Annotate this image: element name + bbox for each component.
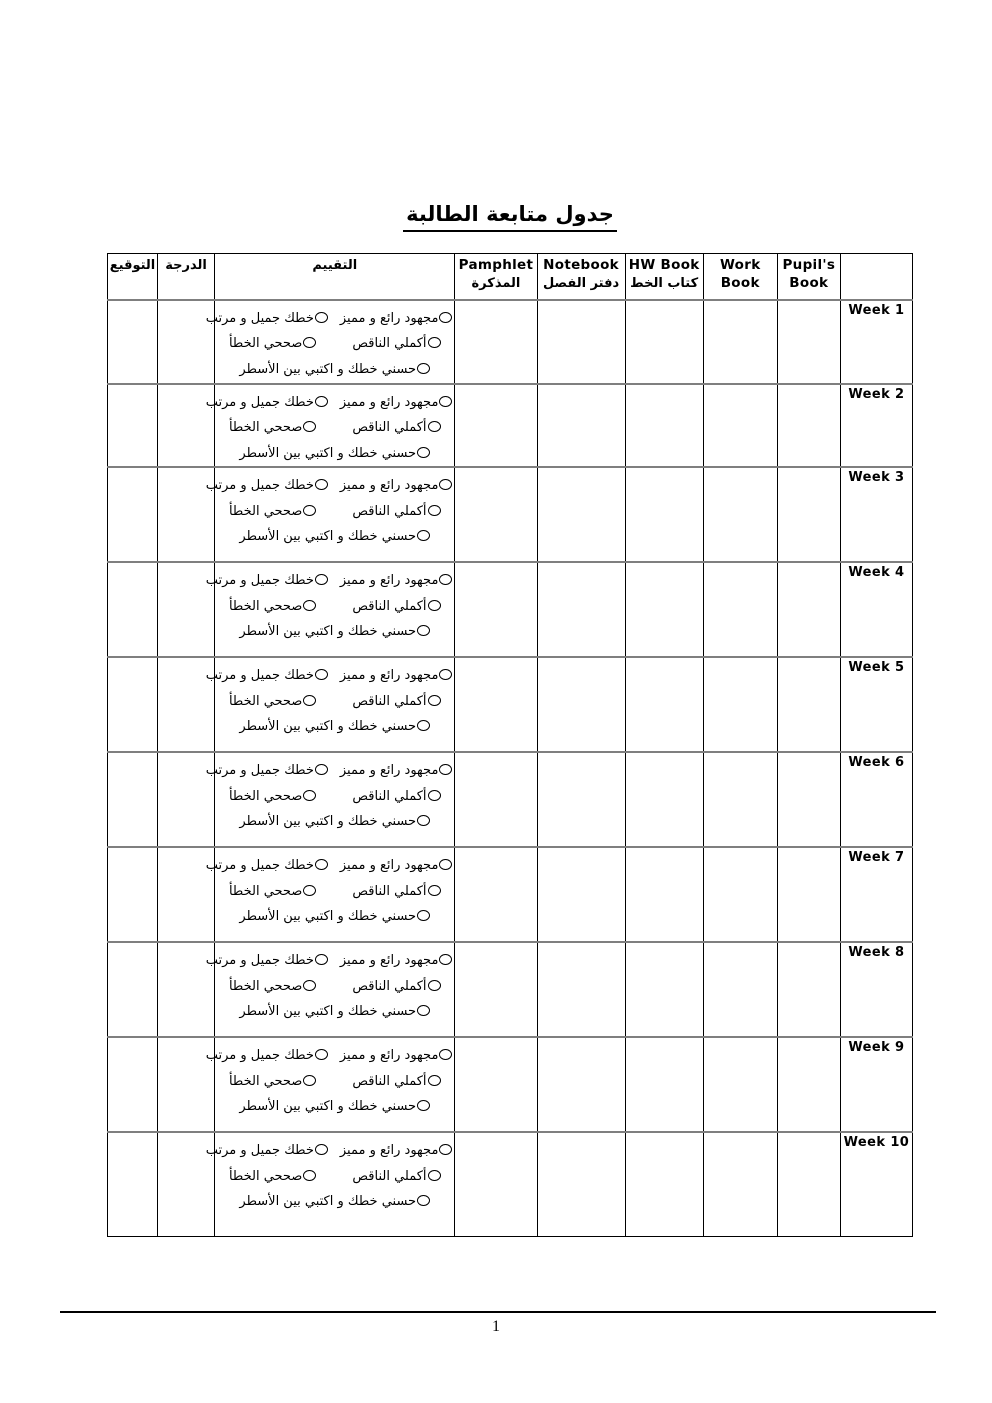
header-pamphlet-label-ar: المذكرة [456, 275, 535, 294]
signature-cell [108, 384, 158, 468]
evaluation-cell: مجهود رائع و مميزخطك جميل و مرتبأكملي ال… [215, 300, 455, 384]
evaluation-cell: مجهود رائع و مميزخطك جميل و مرتبأكملي ال… [215, 467, 455, 562]
evaluation-cell: مجهود رائع و مميزخطك جميل و مرتبأكملي ال… [215, 562, 455, 657]
evaluation-option-text: خطك جميل و مرتب [206, 668, 314, 683]
option-circle-icon [439, 1144, 452, 1155]
option-circle-icon [303, 421, 316, 432]
evaluation-cell: مجهود رائع و مميزخطك جميل و مرتبأكملي ال… [215, 1132, 455, 1236]
evaluation-line: مجهود رائع و مميزخطك جميل و مرتب [217, 1043, 452, 1069]
evaluation-option: أكملي الناقص [352, 694, 440, 709]
evaluation-option: حسني خطك و اكتبي بين الأسطر [239, 529, 430, 544]
option-circle-icon [428, 1170, 441, 1181]
evaluation-option: أكملي الناقص [352, 979, 440, 994]
page-number: 1 [0, 1318, 992, 1336]
pupils-book-cell [777, 657, 840, 752]
pamphlet-cell [455, 300, 537, 384]
pupils-book-cell [777, 1037, 840, 1132]
evaluation-option-text: خطك جميل و مرتب [206, 311, 314, 326]
header-evaluation: التقييم [215, 254, 455, 300]
evaluation-option: صححي الخطأ [229, 504, 316, 519]
document-page: جدول متابعة الطالبة التوقيع الدرجة التقي… [0, 0, 992, 1403]
work-book-cell [703, 847, 777, 942]
option-circle-icon [315, 859, 328, 870]
evaluation-cell: مجهود رائع و مميزخطك جميل و مرتبأكملي ال… [215, 847, 455, 942]
week-label: Week 4 [848, 565, 904, 580]
evaluation-option-text: خطك جميل و مرتب [206, 395, 314, 410]
work-book-cell [703, 467, 777, 562]
week-cell: Week 2 [840, 384, 912, 468]
work-book-cell [703, 657, 777, 752]
evaluation-option: خطك جميل و مرتب [206, 478, 328, 493]
pupils-book-cell [777, 562, 840, 657]
week-label: Week 8 [848, 945, 904, 960]
option-circle-icon [428, 505, 441, 516]
evaluation-option: مجهود رائع و مميز [340, 858, 453, 873]
header-row: التوقيع الدرجة التقييم Pamphlet المذكرة … [108, 254, 913, 300]
evaluation-option-text: حسني خطك و اكتبي بين الأسطر [239, 624, 416, 639]
signature-cell [108, 467, 158, 562]
header-grade: الدرجة [158, 254, 215, 300]
evaluation-option: مجهود رائع و مميز [340, 311, 453, 326]
option-circle-icon [315, 954, 328, 965]
week-label: Week 10 [844, 1135, 910, 1150]
option-circle-icon [315, 1049, 328, 1060]
evaluation-option-text: حسني خطك و اكتبي بين الأسطر [239, 1004, 416, 1019]
evaluation-cell: مجهود رائع و مميزخطك جميل و مرتبأكملي ال… [215, 942, 455, 1037]
week-cell: Week 3 [840, 467, 912, 562]
evaluation-option-text: مجهود رائع و مميز [340, 858, 439, 873]
evaluation-line: مجهود رائع و مميزخطك جميل و مرتب [217, 948, 452, 974]
work-book-cell [703, 752, 777, 847]
week-cell: Week 6 [840, 752, 912, 847]
evaluation-option-text: أكملي الناقص [352, 694, 426, 709]
option-circle-icon [417, 363, 430, 374]
signature-cell [108, 562, 158, 657]
week-cell: Week 8 [840, 942, 912, 1037]
option-circle-icon [439, 764, 452, 775]
option-circle-icon [439, 312, 452, 323]
evaluation-option-text: خطك جميل و مرتب [206, 763, 314, 778]
evaluation-option: حسني خطك و اكتبي بين الأسطر [239, 1004, 430, 1019]
pamphlet-cell [455, 657, 537, 752]
week-label: Week 7 [848, 850, 904, 865]
evaluation-option-text: صححي الخطأ [229, 884, 302, 899]
evaluation-option: أكملي الناقص [352, 1169, 440, 1184]
evaluation-line: أكملي الناقصصححي الخطأ [217, 415, 452, 441]
evaluation-line: أكملي الناقصصححي الخطأ [217, 1164, 452, 1190]
evaluation-option-text: خطك جميل و مرتب [206, 1048, 314, 1063]
evaluation-option: أكملي الناقص [352, 789, 440, 804]
option-circle-icon [303, 695, 316, 706]
evaluation-option: حسني خطك و اكتبي بين الأسطر [239, 362, 430, 377]
hw-book-cell [625, 384, 703, 468]
pupils-book-cell [777, 942, 840, 1037]
evaluation-option: حسني خطك و اكتبي بين الأسطر [239, 446, 430, 461]
signature-cell [108, 300, 158, 384]
option-circle-icon [303, 1075, 316, 1086]
table-row: مجهود رائع و مميزخطك جميل و مرتبأكملي ال… [108, 562, 913, 657]
evaluation-option-text: خطك جميل و مرتب [206, 858, 314, 873]
evaluation-option-text: حسني خطك و اكتبي بين الأسطر [239, 719, 416, 734]
evaluation-option-text: حسني خطك و اكتبي بين الأسطر [239, 814, 416, 829]
option-circle-icon [417, 1195, 430, 1206]
evaluation-option-text: أكملي الناقص [352, 504, 426, 519]
evaluation-option: أكملي الناقص [352, 420, 440, 435]
option-circle-icon [303, 505, 316, 516]
evaluation-option-text: صححي الخطأ [229, 1169, 302, 1184]
pupils-book-cell [777, 752, 840, 847]
table-row: مجهود رائع و مميزخطك جميل و مرتبأكملي ال… [108, 300, 913, 384]
pupils-book-cell [777, 847, 840, 942]
evaluation-option-text: خطك جميل و مرتب [206, 953, 314, 968]
header-grade-label: الدرجة [159, 257, 213, 276]
evaluation-line: حسني خطك و اكتبي بين الأسطر [217, 1094, 452, 1120]
evaluation-option-text: أكملي الناقص [352, 599, 426, 614]
pamphlet-cell [455, 384, 537, 468]
notebook-cell [537, 942, 625, 1037]
header-hw-book-label-en: HW Book [627, 257, 702, 275]
option-circle-icon [315, 396, 328, 407]
evaluation-option-text: صححي الخطأ [229, 1074, 302, 1089]
option-circle-icon [315, 312, 328, 323]
option-circle-icon [417, 530, 430, 541]
evaluation-option-text: مجهود رائع و مميز [340, 763, 439, 778]
evaluation-option: مجهود رائع و مميز [340, 763, 453, 778]
evaluation-line: أكملي الناقصصححي الخطأ [217, 974, 452, 1000]
notebook-cell [537, 384, 625, 468]
evaluation-line: حسني خطك و اكتبي بين الأسطر [217, 999, 452, 1025]
table-row: مجهود رائع و مميزخطك جميل و مرتبأكملي ال… [108, 752, 913, 847]
evaluation-option: صححي الخطأ [229, 599, 316, 614]
signature-cell [108, 1037, 158, 1132]
pamphlet-cell [455, 1132, 537, 1236]
evaluation-option: مجهود رائع و مميز [340, 573, 453, 588]
signature-cell [108, 752, 158, 847]
week-cell: Week 7 [840, 847, 912, 942]
evaluation-option-text: أكملي الناقص [352, 884, 426, 899]
evaluation-option-text: أكملي الناقص [352, 420, 426, 435]
work-book-cell [703, 1132, 777, 1236]
evaluation-option: صححي الخطأ [229, 979, 316, 994]
evaluation-option: أكملي الناقص [352, 504, 440, 519]
evaluation-line: حسني خطك و اكتبي بين الأسطر [217, 441, 452, 467]
evaluation-option-text: أكملي الناقص [352, 979, 426, 994]
evaluation-option: صححي الخطأ [229, 1169, 316, 1184]
work-book-cell [703, 384, 777, 468]
option-circle-icon [439, 669, 452, 680]
option-circle-icon [303, 790, 316, 801]
evaluation-line: مجهود رائع و مميزخطك جميل و مرتب [217, 306, 452, 332]
evaluation-option: خطك جميل و مرتب [206, 858, 328, 873]
option-circle-icon [417, 910, 430, 921]
evaluation-line: حسني خطك و اكتبي بين الأسطر [217, 1189, 452, 1215]
pamphlet-cell [455, 847, 537, 942]
header-signature: التوقيع [108, 254, 158, 300]
evaluation-option: خطك جميل و مرتب [206, 1143, 328, 1158]
evaluation-option-text: خطك جميل و مرتب [206, 1143, 314, 1158]
header-notebook-label-en: Notebook [539, 257, 624, 275]
evaluation-line: مجهود رائع و مميزخطك جميل و مرتب [217, 390, 452, 416]
evaluation-option-text: صححي الخطأ [229, 420, 302, 435]
evaluation-line: أكملي الناقصصححي الخطأ [217, 594, 452, 620]
evaluation-option-text: حسني خطك و اكتبي بين الأسطر [239, 909, 416, 924]
evaluation-line: حسني خطك و اكتبي بين الأسطر [217, 714, 452, 740]
evaluation-option-text: أكملي الناقص [352, 336, 426, 351]
header-pamphlet: Pamphlet المذكرة [455, 254, 537, 300]
evaluation-option: حسني خطك و اكتبي بين الأسطر [239, 1194, 430, 1209]
option-circle-icon [417, 1005, 430, 1016]
evaluation-line: أكملي الناقصصححي الخطأ [217, 689, 452, 715]
notebook-cell [537, 562, 625, 657]
evaluation-cell: مجهود رائع و مميزخطك جميل و مرتبأكملي ال… [215, 657, 455, 752]
evaluation-cell: مجهود رائع و مميزخطك جميل و مرتبأكملي ال… [215, 1037, 455, 1132]
pamphlet-cell [455, 562, 537, 657]
header-pupils-book-label: Pupil's Book [779, 257, 839, 293]
work-book-cell [703, 942, 777, 1037]
evaluation-option-text: صححي الخطأ [229, 979, 302, 994]
work-book-cell [703, 300, 777, 384]
hw-book-cell [625, 562, 703, 657]
option-circle-icon [439, 396, 452, 407]
week-label: Week 2 [848, 387, 904, 402]
evaluation-line: حسني خطك و اكتبي بين الأسطر [217, 904, 452, 930]
hw-book-cell [625, 467, 703, 562]
evaluation-option: مجهود رائع و مميز [340, 668, 453, 683]
evaluation-option-text: مجهود رائع و مميز [340, 1048, 439, 1063]
evaluation-line: مجهود رائع و مميزخطك جميل و مرتب [217, 473, 452, 499]
evaluation-option: صححي الخطأ [229, 789, 316, 804]
notebook-cell [537, 1132, 625, 1236]
option-circle-icon [428, 885, 441, 896]
option-circle-icon [315, 669, 328, 680]
evaluation-option: مجهود رائع و مميز [340, 1048, 453, 1063]
week-cell: Week 4 [840, 562, 912, 657]
table-row: مجهود رائع و مميزخطك جميل و مرتبأكملي ال… [108, 942, 913, 1037]
option-circle-icon [303, 1170, 316, 1181]
evaluation-option: أكملي الناقص [352, 1074, 440, 1089]
evaluation-option-text: خطك جميل و مرتب [206, 478, 314, 493]
header-work-book: Work Book [703, 254, 777, 300]
table-row: مجهود رائع و مميزخطك جميل و مرتبأكملي ال… [108, 384, 913, 468]
option-circle-icon [417, 720, 430, 731]
signature-cell [108, 657, 158, 752]
evaluation-option-text: أكملي الناقص [352, 1169, 426, 1184]
week-cell: Week 9 [840, 1037, 912, 1132]
hw-book-cell [625, 942, 703, 1037]
evaluation-option-text: مجهود رائع و مميز [340, 395, 439, 410]
work-book-cell [703, 562, 777, 657]
header-week [840, 254, 912, 300]
week-label: Week 3 [848, 470, 904, 485]
evaluation-option-text: مجهود رائع و مميز [340, 953, 439, 968]
evaluation-option: حسني خطك و اكتبي بين الأسطر [239, 624, 430, 639]
notebook-cell [537, 300, 625, 384]
evaluation-option: حسني خطك و اكتبي بين الأسطر [239, 814, 430, 829]
hw-book-cell [625, 300, 703, 384]
evaluation-option: خطك جميل و مرتب [206, 311, 328, 326]
option-circle-icon [315, 479, 328, 490]
notebook-cell [537, 752, 625, 847]
hw-book-cell [625, 1037, 703, 1132]
option-circle-icon [303, 885, 316, 896]
evaluation-line: مجهود رائع و مميزخطك جميل و مرتب [217, 663, 452, 689]
pupils-book-cell [777, 384, 840, 468]
option-circle-icon [417, 1100, 430, 1111]
evaluation-option: مجهود رائع و مميز [340, 395, 453, 410]
header-work-book-label: Work Book [705, 257, 776, 293]
page-title: جدول متابعة الطالبة [107, 191, 913, 232]
evaluation-cell: مجهود رائع و مميزخطك جميل و مرتبأكملي ال… [215, 752, 455, 847]
pupils-book-cell [777, 300, 840, 384]
option-circle-icon [315, 1144, 328, 1155]
option-circle-icon [428, 421, 441, 432]
evaluation-line: مجهود رائع و مميزخطك جميل و مرتب [217, 1138, 452, 1164]
header-notebook: Notebook دفتر الفصل [537, 254, 625, 300]
pupils-book-cell [777, 1132, 840, 1236]
pamphlet-cell [455, 942, 537, 1037]
evaluation-option: أكملي الناقص [352, 336, 440, 351]
work-book-cell [703, 1037, 777, 1132]
evaluation-option: صححي الخطأ [229, 694, 316, 709]
evaluation-option-text: حسني خطك و اكتبي بين الأسطر [239, 1099, 416, 1114]
option-circle-icon [428, 695, 441, 706]
option-circle-icon [428, 337, 441, 348]
evaluation-option: مجهود رائع و مميز [340, 953, 453, 968]
evaluation-option-text: صححي الخطأ [229, 694, 302, 709]
option-circle-icon [303, 980, 316, 991]
table-row: مجهود رائع و مميزخطك جميل و مرتبأكملي ال… [108, 657, 913, 752]
notebook-cell [537, 847, 625, 942]
header-signature-label: التوقيع [109, 257, 156, 276]
header-pupils-book: Pupil's Book [777, 254, 840, 300]
evaluation-option-text: مجهود رائع و مميز [340, 573, 439, 588]
option-circle-icon [428, 980, 441, 991]
evaluation-option: صححي الخطأ [229, 420, 316, 435]
week-cell: Week 10 [840, 1132, 912, 1236]
option-circle-icon [439, 574, 452, 585]
week-label: Week 6 [848, 755, 904, 770]
evaluation-line: حسني خطك و اكتبي بين الأسطر [217, 619, 452, 645]
evaluation-option: خطك جميل و مرتب [206, 668, 328, 683]
evaluation-option-text: حسني خطك و اكتبي بين الأسطر [239, 446, 416, 461]
notebook-cell [537, 467, 625, 562]
evaluation-option-text: مجهود رائع و مميز [340, 478, 439, 493]
evaluation-line: حسني خطك و اكتبي بين الأسطر [217, 524, 452, 550]
evaluation-option-text: صححي الخطأ [229, 599, 302, 614]
hw-book-cell [625, 657, 703, 752]
notebook-cell [537, 1037, 625, 1132]
hw-book-cell [625, 847, 703, 942]
evaluation-option-text: مجهود رائع و مميز [340, 1143, 439, 1158]
evaluation-option-text: أكملي الناقص [352, 789, 426, 804]
option-circle-icon [428, 600, 441, 611]
evaluation-option: حسني خطك و اكتبي بين الأسطر [239, 719, 430, 734]
pamphlet-cell [455, 467, 537, 562]
evaluation-cell: مجهود رائع و مميزخطك جميل و مرتبأكملي ال… [215, 384, 455, 468]
option-circle-icon [303, 600, 316, 611]
evaluation-line: مجهود رائع و مميزخطك جميل و مرتب [217, 758, 452, 784]
document-content: جدول متابعة الطالبة التوقيع الدرجة التقي… [107, 0, 913, 1237]
evaluation-line: أكملي الناقصصححي الخطأ [217, 499, 452, 525]
header-hw-book-label-ar: كتاب الخط [627, 275, 702, 294]
notebook-cell [537, 657, 625, 752]
evaluation-line: حسني خطك و اكتبي بين الأسطر [217, 809, 452, 835]
table-row: مجهود رائع و مميزخطك جميل و مرتبأكملي ال… [108, 847, 913, 942]
evaluation-option: مجهود رائع و مميز [340, 478, 453, 493]
evaluation-line: حسني خطك و اكتبي بين الأسطر [217, 357, 452, 383]
evaluation-option-text: صححي الخطأ [229, 336, 302, 351]
evaluation-option: حسني خطك و اكتبي بين الأسطر [239, 1099, 430, 1114]
evaluation-line: مجهود رائع و مميزخطك جميل و مرتب [217, 853, 452, 879]
evaluation-option-text: حسني خطك و اكتبي بين الأسطر [239, 362, 416, 377]
week-label: Week 9 [848, 1040, 904, 1055]
evaluation-line: أكملي الناقصصححي الخطأ [217, 1069, 452, 1095]
signature-cell [108, 942, 158, 1037]
hw-book-cell [625, 752, 703, 847]
option-circle-icon [417, 815, 430, 826]
evaluation-option: صححي الخطأ [229, 1074, 316, 1089]
evaluation-option-text: صححي الخطأ [229, 504, 302, 519]
option-circle-icon [428, 1075, 441, 1086]
evaluation-option-text: أكملي الناقص [352, 1074, 426, 1089]
evaluation-option: صححي الخطأ [229, 884, 316, 899]
evaluation-option-text: مجهود رائع و مميز [340, 668, 439, 683]
option-circle-icon [315, 574, 328, 585]
pupils-book-cell [777, 467, 840, 562]
evaluation-option: خطك جميل و مرتب [206, 953, 328, 968]
evaluation-line: أكملي الناقصصححي الخطأ [217, 879, 452, 905]
option-circle-icon [417, 625, 430, 636]
evaluation-option: أكملي الناقص [352, 599, 440, 614]
evaluation-line: أكملي الناقصصححي الخطأ [217, 784, 452, 810]
evaluation-option: صححي الخطأ [229, 336, 316, 351]
pamphlet-cell [455, 1037, 537, 1132]
student-follow-up-table: التوقيع الدرجة التقييم Pamphlet المذكرة … [107, 253, 913, 1237]
footer-divider [60, 1311, 936, 1313]
week-cell: Week 5 [840, 657, 912, 752]
pamphlet-cell [455, 752, 537, 847]
page-title-text: جدول متابعة الطالبة [403, 202, 617, 232]
evaluation-option-text: حسني خطك و اكتبي بين الأسطر [239, 1194, 416, 1209]
week-label: Week 5 [848, 660, 904, 675]
evaluation-option-text: خطك جميل و مرتب [206, 573, 314, 588]
header-notebook-label-ar: دفتر الفصل [539, 275, 624, 294]
option-circle-icon [439, 954, 452, 965]
evaluation-option: مجهود رائع و مميز [340, 1143, 453, 1158]
table-row: مجهود رائع و مميزخطك جميل و مرتبأكملي ال… [108, 467, 913, 562]
week-cell: Week 1 [840, 300, 912, 384]
evaluation-line: مجهود رائع و مميزخطك جميل و مرتب [217, 568, 452, 594]
evaluation-option: خطك جميل و مرتب [206, 763, 328, 778]
evaluation-option: خطك جميل و مرتب [206, 1048, 328, 1063]
evaluation-option: حسني خطك و اكتبي بين الأسطر [239, 909, 430, 924]
evaluation-option: أكملي الناقص [352, 884, 440, 899]
option-circle-icon [417, 447, 430, 458]
table-row: مجهود رائع و مميزخطك جميل و مرتبأكملي ال… [108, 1132, 913, 1236]
evaluation-option: خطك جميل و مرتب [206, 573, 328, 588]
evaluation-option-text: حسني خطك و اكتبي بين الأسطر [239, 529, 416, 544]
option-circle-icon [303, 337, 316, 348]
evaluation-option: خطك جميل و مرتب [206, 395, 328, 410]
signature-cell [108, 847, 158, 942]
evaluation-line: أكملي الناقصصححي الخطأ [217, 331, 452, 357]
header-hw-book: HW Book كتاب الخط [625, 254, 703, 300]
header-pamphlet-label-en: Pamphlet [456, 257, 535, 275]
week-label: Week 1 [848, 303, 904, 318]
option-circle-icon [315, 764, 328, 775]
table-row: مجهود رائع و مميزخطك جميل و مرتبأكملي ال… [108, 1037, 913, 1132]
option-circle-icon [439, 479, 452, 490]
